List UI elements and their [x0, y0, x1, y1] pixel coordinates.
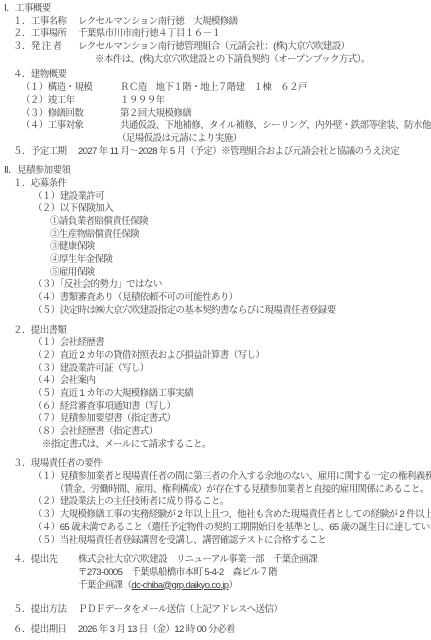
requirement-5: （５）当社現場責任者登録講習を受講し、講習確認テストに合格すること	[0, 535, 431, 548]
line-completion-year: （２）竣工年１９９９年	[0, 95, 431, 108]
planned-period-label: ５．予定工期	[13, 146, 78, 159]
line-client: ３．発 注 者レクセルマンション南行徳管理組合（元請会社：(株)大京穴吹建設）	[0, 41, 431, 54]
line-structure-scale: （１）構造・規模ＲＣ造 地下１階・地上７階建 １棟 ６２戸	[0, 82, 431, 95]
completion-year-label: （２）竣工年	[21, 95, 120, 108]
document-item-8: （８）会社経歴書（指定書式）	[0, 426, 431, 439]
submission-method-label: ５．提出方法	[13, 604, 78, 617]
document-item-7: （７）見積参加要望書（指定書式）	[0, 413, 431, 426]
document-item-3: （３）建設業許可証（写し）	[0, 363, 431, 376]
requirement-1-line1: （１）見積参加業者と現場責任者の間に第三者の介入する余地のない、雇用に関する一定…	[0, 471, 431, 484]
section2-heading: Ⅱ．見積参加要領	[0, 165, 431, 178]
work-scope-value: 共通仮設、下地補修、タイル補修、シーリング、内外壁・鉄部等塗装、防水他	[120, 120, 431, 131]
construction-location-label: ２．工事場所	[13, 28, 78, 41]
document-item-4: （４）会社案内	[0, 375, 431, 388]
note-scaffolding: （足場仮設は元請により実施）	[0, 133, 431, 146]
condition-contract-registration: （５）決定時は㈱大京穴吹建設指定の基本契約書ならびに現場責任者登録要	[0, 305, 431, 318]
line-work-scope: （４）工事対象共通仮設、下地補修、タイル補修、シーリング、内外壁・鉄部等塗装、防…	[0, 120, 431, 133]
document-item-1: （１）会社経歴書	[0, 337, 431, 350]
requirement-4: （４）65 歳未満であること（選任予定物件の契約工期開始日を基準とし、65 歳の…	[0, 522, 431, 535]
condition-antisocial: （３）「反社会的勢力」ではない	[0, 279, 431, 292]
section1-heading: Ⅰ．工事概要	[0, 3, 431, 16]
construction-location-value: 千葉県市川市南行徳４丁目１６－１	[78, 28, 220, 39]
line-submission-documents: ２．提出書類	[0, 325, 431, 338]
work-scope-label: （４）工事対象	[21, 120, 120, 133]
line-planned-period: ５．予定工期2027 年 11 月～2028 年 5 月（予定）※管理組合および…	[0, 146, 431, 159]
construction-name-value: レクセルマンション南行徳 大規模修繕	[78, 16, 238, 27]
line-submission-method: ５．提出方法ＰＤＦデータをメール送信（上記アドレスへ送信）	[0, 604, 431, 617]
contact-email-suffix: ）	[229, 580, 238, 591]
submission-deadline-label: ６．提出期日	[13, 624, 78, 637]
submission-address-label: ４．提出先	[13, 554, 78, 567]
requirement-3: （３）大規模修繕工事の実務経験が 2 年以上且つ、他社も含めた現場責任者としての…	[0, 509, 431, 522]
document-page: Ⅰ．工事概要 １．工事名称レクセルマンション南行徳 大規模修繕 ２．工事場所千葉…	[0, 0, 431, 637]
client-label: ３．発 注 者	[13, 41, 78, 54]
line-submission-deadline: ６．提出期日2026 年 3 月 13 日（金）12 時 00 分必着	[0, 624, 431, 637]
insurance-item-2: ②生産物賠償責任保険	[0, 229, 431, 242]
structure-scale-value: ＲＣ造 地下１階・地上７階建 １棟 ６２戸	[120, 82, 307, 93]
line-construction-name: １．工事名称レクセルマンション南行徳 大規模修繕	[0, 16, 431, 29]
condition-screening: （４）書類審査あり（見積依頼不可の可能性あり）	[0, 292, 431, 305]
line-postal-address: 〒273-0005 千葉県船橋市本町 5-4-2 森ビル７階	[0, 567, 431, 580]
condition-license: （１）建設業許可	[0, 191, 431, 204]
document-item-6: （６）経営審査事項通知書（写し）	[0, 401, 431, 414]
document-item-5: （５）直近 1 カ年の大規模修繕工事実績	[0, 388, 431, 401]
requirement-1-line2: （賃金、労働時間、雇用、権利構成）が存在する見積参加業者と直接的雇用関係にあるこ…	[0, 484, 431, 497]
insurance-item-3: ③健康保険	[0, 241, 431, 254]
insurance-item-4: ④厚生年金保険	[0, 254, 431, 267]
line-contact-email: 千葉企画課（dc-chiba@grp.daikyo.co.jp）	[0, 580, 431, 593]
note-designated-format: ※指定書式は、メールにて請求すること。	[0, 439, 431, 452]
line-repair-count: （３）修繕回数第２回大規模修繕	[0, 108, 431, 121]
condition-insurance: （２）以下保険加入	[0, 203, 431, 216]
structure-scale-label: （１）構造・規模	[21, 82, 120, 95]
submission-address-value: 株式会社大京穴吹建設 リニューアル事業一部 千葉企画課	[78, 554, 317, 565]
line-submission-address: ４．提出先株式会社大京穴吹建設 リニューアル事業一部 千葉企画課	[0, 554, 431, 567]
contact-email-prefix: 千葉企画課（	[78, 580, 131, 591]
document-item-2: （２）直近 2 カ年の貸借対照表および損益計算書（写し）	[0, 350, 431, 363]
completion-year-value: １９９９年	[120, 95, 165, 106]
construction-name-label: １．工事名称	[13, 16, 78, 29]
requirement-2: （２）建設業法上の主任技術者に成り得ること。	[0, 496, 431, 509]
line-site-manager-requirements: ３．現場責任者の要件	[0, 458, 431, 471]
line-application-conditions: １．応募条件	[0, 178, 431, 191]
planned-period-value: 2027 年 11 月～2028 年 5 月（予定）※管理組合および元請会社と協…	[78, 146, 399, 157]
line-building-overview: ４．建物概要	[0, 69, 431, 82]
email-link[interactable]: dc-chiba@grp.daikyo.co.jp	[131, 580, 228, 591]
repair-count-label: （３）修繕回数	[21, 108, 120, 121]
client-value: レクセルマンション南行徳管理組合（元請会社：(株)大京穴吹建設）	[78, 41, 350, 52]
repair-count-value: 第２回大規模修繕	[120, 108, 191, 119]
submission-deadline-value: 2026 年 3 月 13 日（金）12 時 00 分必着	[78, 624, 235, 635]
submission-method-value: ＰＤＦデータをメール送信（上記アドレスへ送信）	[78, 604, 282, 615]
insurance-item-1: ①請負業者賠償責任保険	[0, 216, 431, 229]
insurance-item-5: ⑤雇用保険	[0, 267, 431, 280]
line-construction-location: ２．工事場所千葉県市川市南行徳４丁目１６－１	[0, 28, 431, 41]
note-subcontract: ※本件は、(株)大京穴吹建設との下請負契約（オープンブック方式）。	[0, 54, 431, 67]
